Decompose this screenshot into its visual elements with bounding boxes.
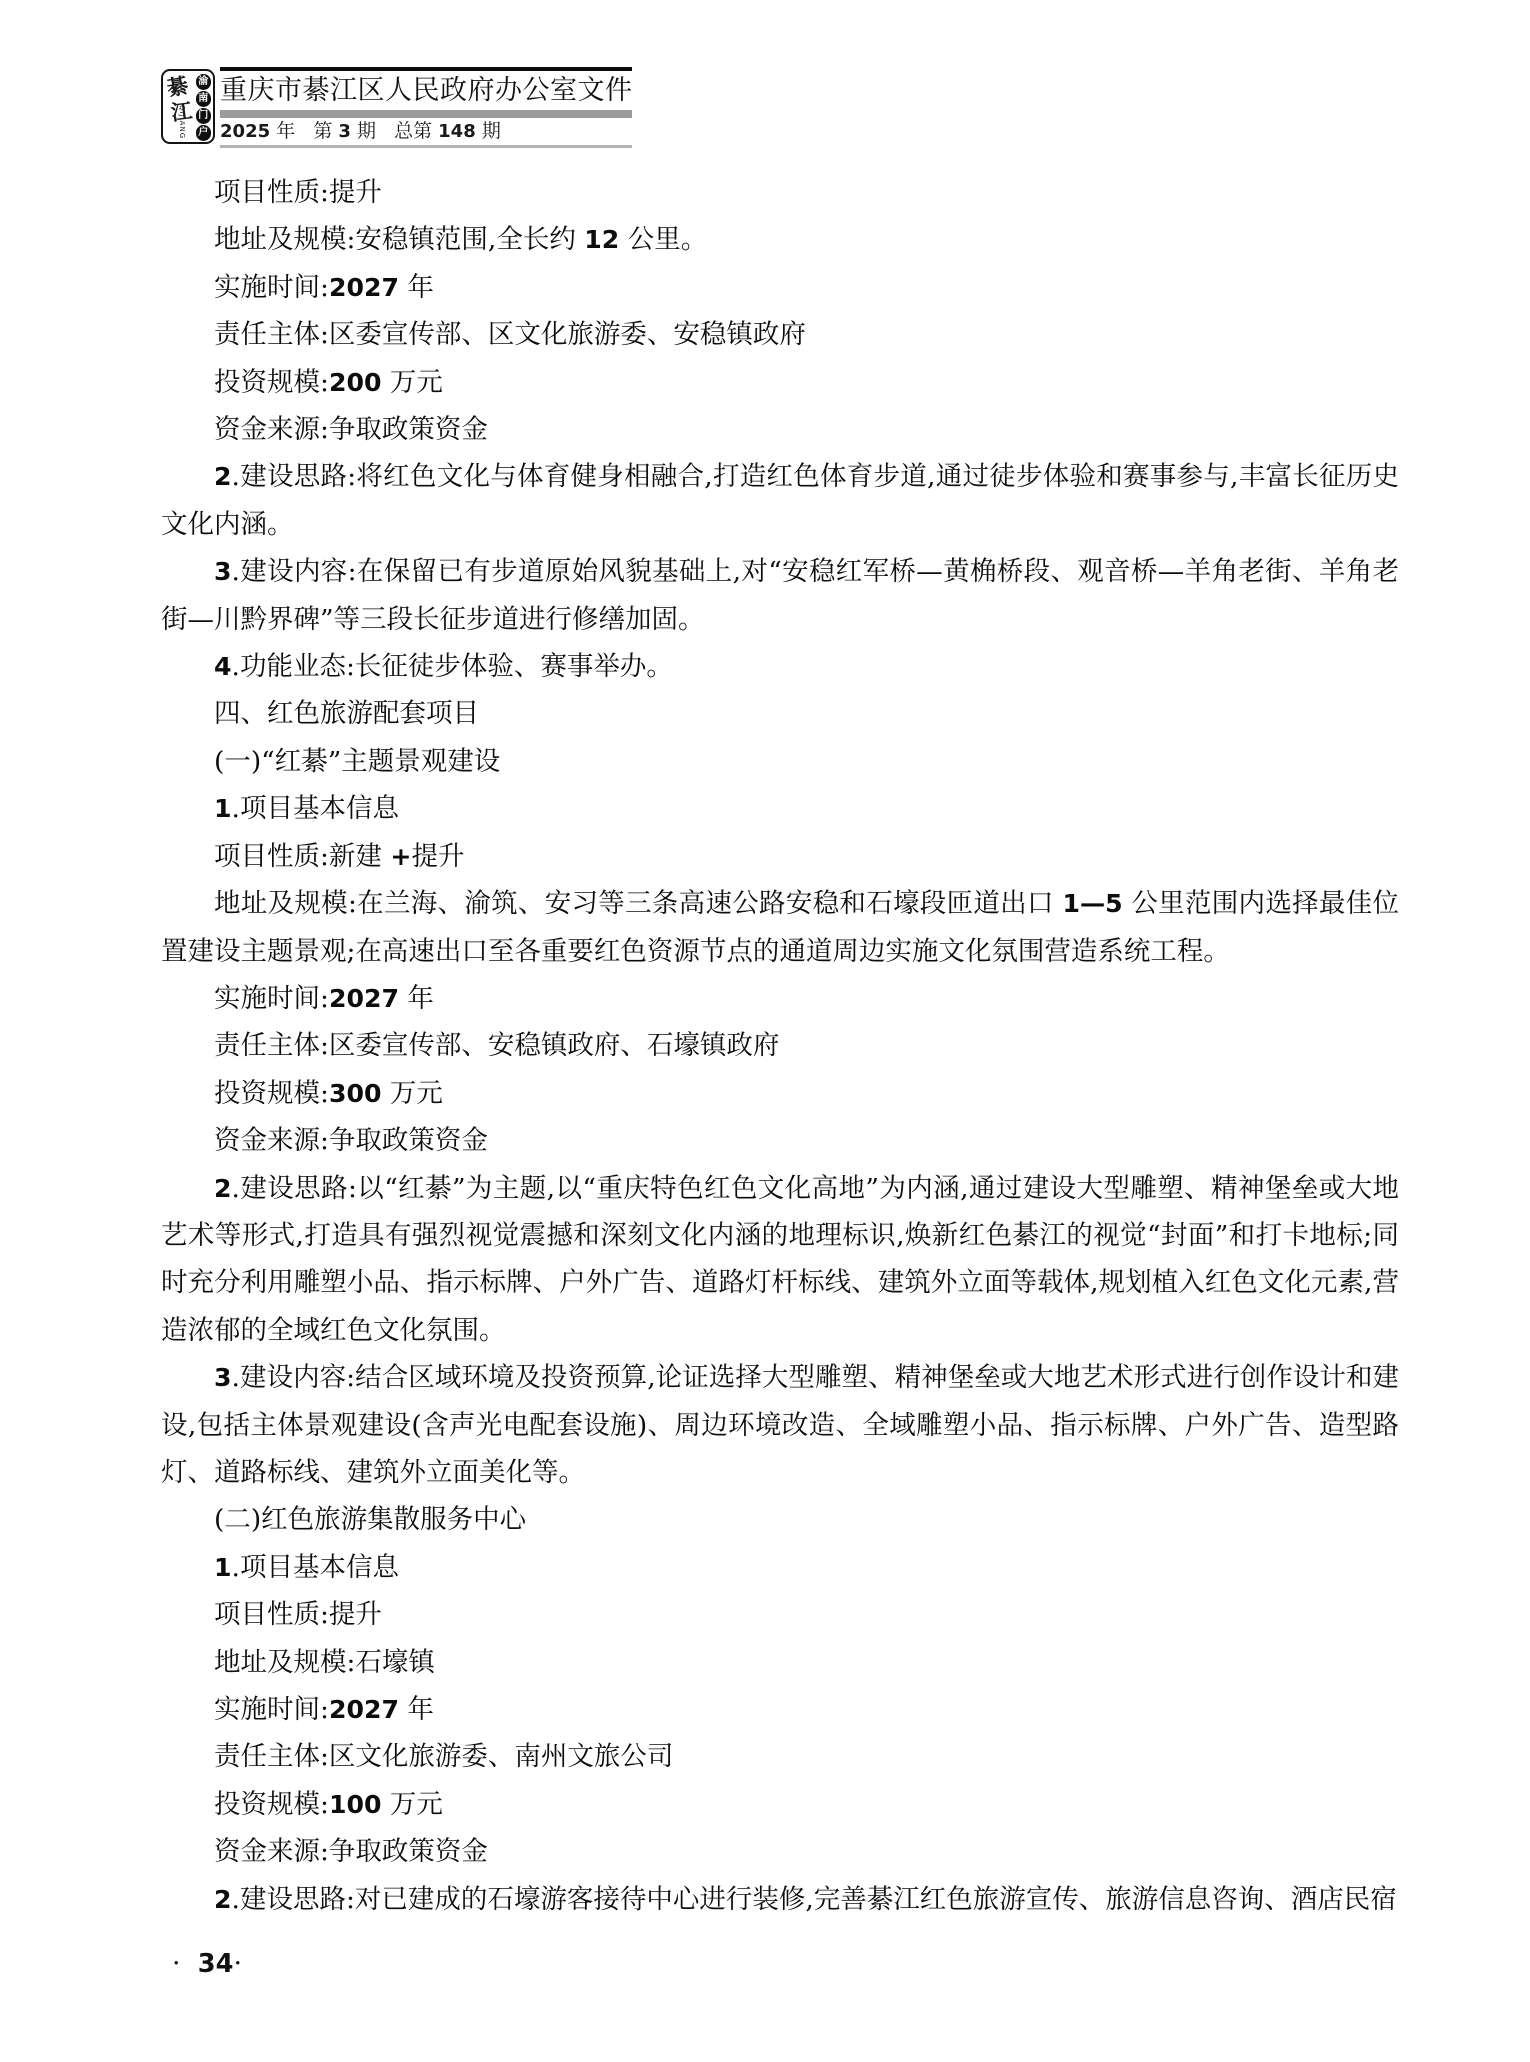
paragraph: 实施时间:2027 年 xyxy=(161,1686,1399,1733)
paragraph: 投资规模:100 万元 xyxy=(161,1781,1399,1828)
paragraph: 资金来源:争取政策资金 xyxy=(161,1117,1399,1164)
document-title: 重庆市綦江区人民政府办公室文件 xyxy=(220,73,632,109)
qijiang-logo: 綦 江 QIJIANG 渝 南 门 户 xyxy=(161,69,215,144)
seal-stamp-icon: 户 xyxy=(196,125,212,141)
paragraph: 3.建设内容:在保留已有步道原始风貌基础上,对“安稳红军桥—黄桷桥段、观音桥—羊… xyxy=(161,548,1399,643)
paragraph: 1.项目基本信息 xyxy=(161,1544,1399,1591)
masthead-top-rule xyxy=(220,67,632,71)
seal-stamp-icon: 南 xyxy=(196,91,212,107)
paragraph: 资金来源:争取政策资金 xyxy=(161,1828,1399,1875)
seal-stamp-icon: 渝 xyxy=(196,74,212,90)
document-page: 綦 江 QIJIANG 渝 南 门 户 重庆市綦江区人民政府办公室文件 2025… xyxy=(0,0,1530,2062)
masthead-gray-rule xyxy=(220,110,632,118)
paragraph: 实施时间:2027 年 xyxy=(161,264,1399,311)
paragraph: 责任主体:区文化旅游委、南州文旅公司 xyxy=(161,1733,1399,1780)
paragraph: 地址及规模:在兰海、渝筑、安习等三条高速公路安稳和石壕段匝道出口 1—5 公里范… xyxy=(161,880,1399,975)
paragraph: 2.建设思路:以“红綦”为主题,以“重庆特色红色文化高地”为内涵,通过建设大型雕… xyxy=(161,1165,1399,1355)
paragraph: 项目性质:提升 xyxy=(161,169,1399,216)
paragraph: 投资规模:200 万元 xyxy=(161,359,1399,406)
paragraph: 资金来源:争取政策资金 xyxy=(161,406,1399,453)
paragraph: 地址及规模:安稳镇范围,全长约 12 公里。 xyxy=(161,216,1399,263)
seal-stamp-icon: 门 xyxy=(196,108,212,124)
paragraph: 2.建设思路:将红色文化与体育健身相融合,打造红色体育步道,通过徒步体验和赛事参… xyxy=(161,453,1399,548)
paragraph: 1.项目基本信息 xyxy=(161,785,1399,832)
masthead: 重庆市綦江区人民政府办公室文件 2025 年 第 3 期 总第 148 期 xyxy=(220,67,632,148)
logo-seal-column: 渝 南 门 户 xyxy=(196,74,212,141)
paragraph: 责任主体:区委宣传部、区文化旅游委、安稳镇政府 xyxy=(161,311,1399,358)
paragraph: 4.功能业态:长征徒步体验、赛事举办。 xyxy=(161,643,1399,690)
paragraph: 地址及规模:石壕镇 xyxy=(161,1639,1399,1686)
logo-calligraphy-char: 綦 xyxy=(165,74,189,98)
paragraph: (一)“红綦”主题景观建设 xyxy=(161,738,1399,785)
logo-romanized-text: QIJIANG xyxy=(178,105,186,139)
document-body: 项目性质:提升 地址及规模:安稳镇范围,全长约 12 公里。 实施时间:2027… xyxy=(161,169,1399,1923)
paragraph: (二)红色旅游集散服务中心 xyxy=(161,1496,1399,1543)
paragraph: 项目性质:提升 xyxy=(161,1591,1399,1638)
paragraph: 责任主体:区委宣传部、安稳镇政府、石壕镇政府 xyxy=(161,1022,1399,1069)
paragraph: 3.建设内容:结合区域环境及投资预算,论证选择大型雕塑、精神堡垒或大地艺术形式进… xyxy=(161,1354,1399,1496)
masthead-bottom-rule xyxy=(220,145,632,148)
paragraph: 四、红色旅游配套项目 xyxy=(161,690,1399,737)
issue-line: 2025 年 第 3 期 总第 148 期 xyxy=(220,120,632,143)
paragraph: 2.建设思路:对已建成的石壕游客接待中心进行装修,完善綦江红色旅游宣传、旅游信息… xyxy=(161,1876,1399,1923)
paragraph: 项目性质:新建 +提升 xyxy=(161,833,1399,880)
paragraph: 投资规模:300 万元 xyxy=(161,1070,1399,1117)
page-number: · 34· xyxy=(172,1948,242,1979)
paragraph: 实施时间:2027 年 xyxy=(161,975,1399,1022)
